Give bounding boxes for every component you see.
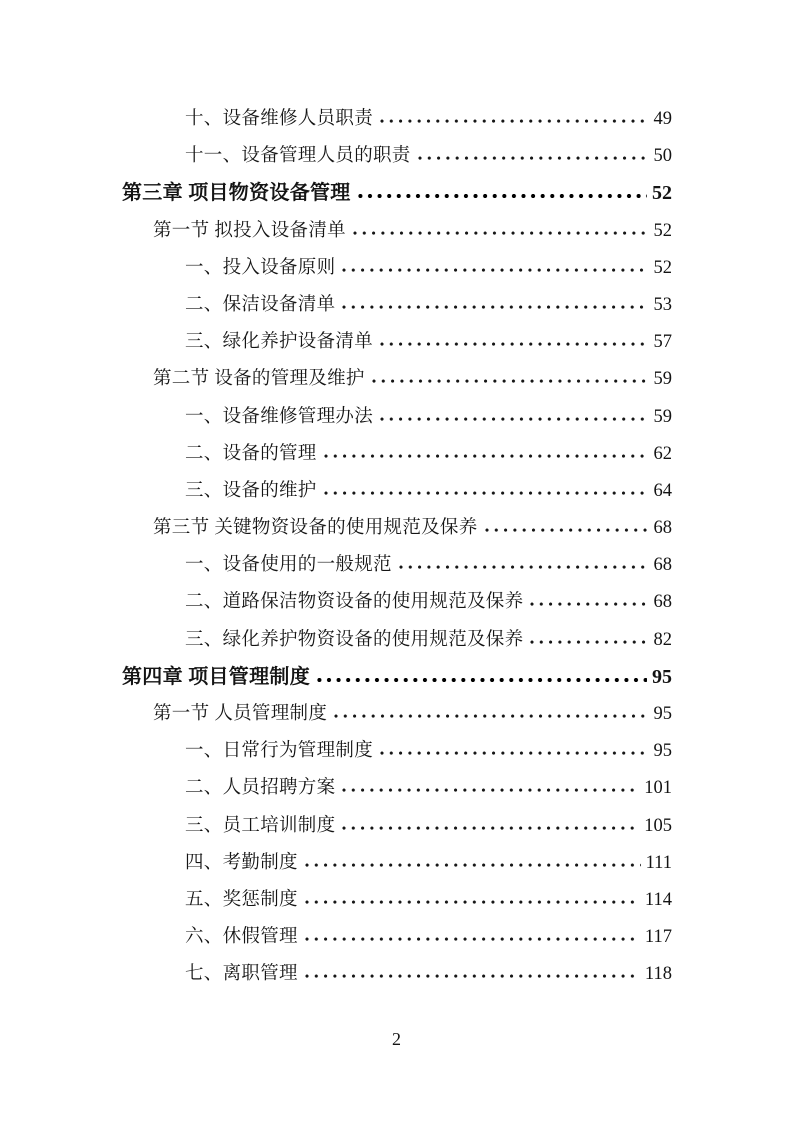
toc-entry-page-number: 82	[654, 622, 673, 659]
dot-leader	[324, 490, 649, 496]
dot-leader	[358, 193, 647, 199]
toc-entry-title: 一、投入设备原则	[185, 250, 335, 287]
toc-rows: 十、设备维修人员职责 49 十一、设备管理人员的职责 50 第三章 项目物资设备…	[122, 101, 672, 994]
toc-entry-page-number: 52	[652, 175, 672, 212]
toc-entry-title: 第三节 关键物资设备的使用规范及保养	[153, 510, 478, 547]
dot-leader	[334, 713, 648, 719]
toc-entry-page-number: 59	[654, 399, 673, 436]
toc-entry[interactable]: 三、绿化养护设备清单 57	[122, 324, 672, 361]
toc-entry-title: 第一节 人员管理制度	[153, 696, 327, 733]
document-page: { "theme": { "background": "#ffffff", "t…	[0, 0, 793, 1122]
toc-entry[interactable]: 六、休假管理 117	[122, 919, 672, 956]
toc-entry-title: 第四章 项目管理制度	[122, 659, 310, 696]
dot-leader	[342, 304, 648, 310]
toc-entry-title: 三、绿化养护设备清单	[185, 324, 373, 361]
toc-entry[interactable]: 第二节 设备的管理及维护 59	[122, 361, 672, 398]
toc-entry[interactable]: 第四章 项目管理制度 95	[122, 659, 672, 696]
toc-entry-title: 二、人员招聘方案	[185, 770, 335, 807]
dot-leader	[305, 862, 641, 868]
dot-leader	[305, 899, 640, 905]
toc-entry[interactable]: 五、奖惩制度 114	[122, 882, 672, 919]
toc-entry[interactable]: 一、设备维修管理办法 59	[122, 399, 672, 436]
toc-entry[interactable]: 第三节 关键物资设备的使用规范及保养 68	[122, 510, 672, 547]
toc-entry-title: 四、考勤制度	[185, 845, 298, 882]
dot-leader	[342, 267, 648, 273]
toc-entry[interactable]: 十一、设备管理人员的职责 50	[122, 138, 672, 175]
toc-entry[interactable]: 一、日常行为管理制度 95	[122, 733, 672, 770]
dot-leader	[324, 453, 649, 459]
toc-entry-page-number: 111	[646, 845, 672, 882]
dot-leader	[342, 825, 639, 831]
toc-entry[interactable]: 第一节 人员管理制度 95	[122, 696, 672, 733]
toc-entry[interactable]: 第一节 拟投入设备清单 52	[122, 213, 672, 250]
toc-entry-page-number: 114	[645, 882, 672, 919]
toc-entry-page-number: 68	[654, 584, 673, 621]
dot-leader	[485, 527, 649, 533]
toc-entry-page-number: 68	[654, 510, 673, 547]
toc-entry-page-number: 68	[654, 547, 673, 584]
page-number: 2	[392, 1029, 401, 1049]
table-of-contents: 十、设备维修人员职责 49 十一、设备管理人员的职责 50 第三章 项目物资设备…	[122, 101, 672, 994]
dot-leader	[372, 378, 649, 384]
toc-entry-page-number: 59	[654, 361, 673, 398]
dot-leader	[342, 787, 639, 793]
toc-entry-title: 一、设备维修管理办法	[185, 399, 373, 436]
dot-leader	[530, 639, 648, 645]
toc-entry[interactable]: 二、设备的管理 62	[122, 436, 672, 473]
page-footer: 2	[0, 1026, 793, 1052]
dot-leader	[418, 155, 649, 161]
toc-entry[interactable]: 七、离职管理 118	[122, 956, 672, 993]
toc-entry-page-number: 50	[654, 138, 673, 175]
toc-entry-title: 二、道路保洁物资设备的使用规范及保养	[185, 584, 523, 621]
toc-entry[interactable]: 四、考勤制度 111	[122, 845, 672, 882]
toc-entry-page-number: 95	[652, 659, 672, 696]
toc-entry-title: 二、保洁设备清单	[185, 287, 335, 324]
dot-leader	[530, 601, 648, 607]
dot-leader	[305, 936, 640, 942]
toc-entry-page-number: 57	[654, 324, 673, 361]
toc-entry-title: 五、奖惩制度	[185, 882, 298, 919]
toc-entry-title: 第二节 设备的管理及维护	[153, 361, 365, 398]
toc-entry-title: 三、设备的维护	[185, 473, 317, 510]
dot-leader	[399, 564, 649, 570]
toc-entry[interactable]: 十、设备维修人员职责 49	[122, 101, 672, 138]
toc-entry-title: 十、设备维修人员职责	[185, 101, 373, 138]
toc-entry-title: 第一节 拟投入设备清单	[153, 213, 346, 250]
toc-entry-page-number: 49	[654, 101, 673, 138]
toc-entry-page-number: 95	[654, 733, 673, 770]
toc-entry[interactable]: 第三章 项目物资设备管理 52	[122, 175, 672, 212]
toc-entry-page-number: 64	[654, 473, 673, 510]
toc-entry[interactable]: 二、保洁设备清单 53	[122, 287, 672, 324]
toc-entry[interactable]: 三、设备的维护 64	[122, 473, 672, 510]
dot-leader	[380, 416, 648, 422]
toc-entry[interactable]: 二、人员招聘方案 101	[122, 770, 672, 807]
toc-entry-title: 三、员工培训制度	[185, 808, 335, 845]
toc-entry-page-number: 117	[645, 919, 672, 956]
dot-leader	[380, 341, 648, 347]
toc-entry[interactable]: 三、员工培训制度 105	[122, 808, 672, 845]
dot-leader	[353, 230, 649, 236]
toc-entry-page-number: 95	[654, 696, 673, 733]
toc-entry-title: 第三章 项目物资设备管理	[122, 175, 351, 212]
toc-entry[interactable]: 三、绿化养护物资设备的使用规范及保养 82	[122, 622, 672, 659]
toc-entry-title: 十一、设备管理人员的职责	[185, 138, 411, 175]
dot-leader	[317, 677, 647, 683]
toc-entry-page-number: 52	[654, 250, 673, 287]
toc-entry-title: 一、设备使用的一般规范	[185, 547, 392, 584]
toc-entry-page-number: 62	[654, 436, 673, 473]
toc-entry[interactable]: 一、设备使用的一般规范 68	[122, 547, 672, 584]
dot-leader	[380, 118, 648, 124]
toc-entry-page-number: 53	[654, 287, 673, 324]
toc-entry-page-number: 101	[644, 770, 672, 807]
toc-entry-page-number: 52	[654, 213, 673, 250]
dot-leader	[305, 973, 640, 979]
toc-entry-page-number: 105	[644, 808, 672, 845]
toc-entry-title: 一、日常行为管理制度	[185, 733, 373, 770]
dot-leader	[380, 750, 648, 756]
toc-entry-title: 三、绿化养护物资设备的使用规范及保养	[185, 622, 523, 659]
toc-entry[interactable]: 二、道路保洁物资设备的使用规范及保养 68	[122, 584, 672, 621]
toc-entry-title: 六、休假管理	[185, 919, 298, 956]
toc-entry-title: 七、离职管理	[185, 956, 298, 993]
toc-entry[interactable]: 一、投入设备原则 52	[122, 250, 672, 287]
toc-entry-page-number: 118	[645, 956, 672, 993]
toc-entry-title: 二、设备的管理	[185, 436, 317, 473]
